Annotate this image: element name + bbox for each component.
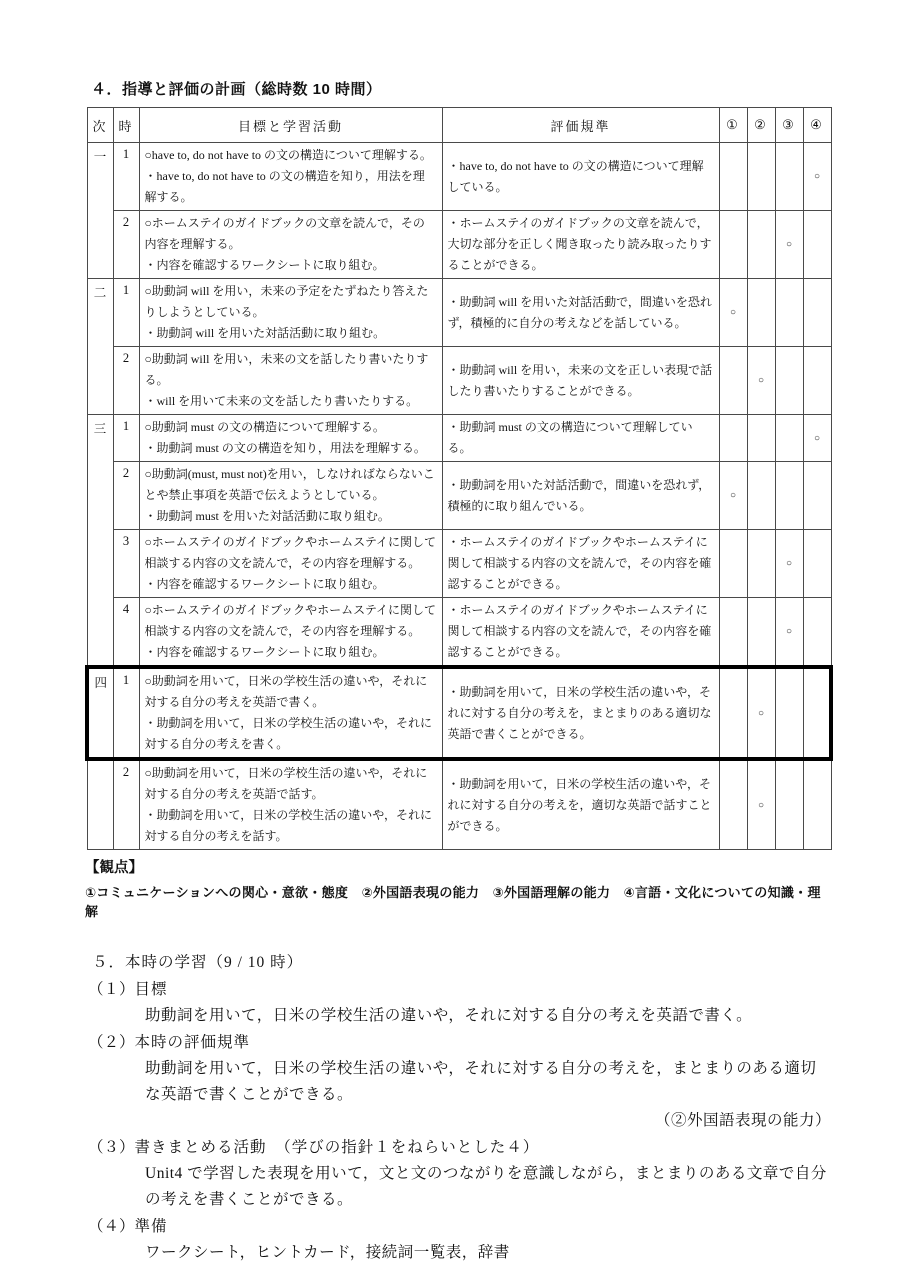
period-cell: 3 [113, 530, 139, 598]
mark-cell-3 [775, 279, 803, 347]
period-cell: 4 [113, 598, 139, 668]
mark-cell-2 [747, 415, 775, 462]
item-label: 目標 [135, 981, 168, 998]
goal-cell: ○助動詞を用いて，日米の学校生活の違いや，それに対する自分の考えを英語で話す。 … [139, 759, 442, 850]
mark-cell-1 [719, 143, 747, 211]
mark-cell-2 [747, 462, 775, 530]
eval-cell: ・助動詞を用いて，日米の学校生活の違いや，それに対する自分の考えを，適切な英語で… [442, 759, 719, 850]
mark-cell-4 [803, 211, 831, 279]
eval-cell: ・助動詞を用いた対話活動で，間違いを恐れず，積極的に取り組んでいる。 [442, 462, 719, 530]
mark-cell-2: ○ [747, 667, 775, 759]
section5-item-3: （３）書きまとめる活動 （学びの指針１をねらいとした４） Unit4 で学習した… [85, 1135, 831, 1213]
header-criterion-4: ④ [803, 108, 831, 143]
mark-cell-4: ○ [803, 415, 831, 462]
mark-cell-2 [747, 598, 775, 668]
table-row-highlighted: 四 1 ○助動詞を用いて，日米の学校生活の違いや，それに対する自分の考えを英語で… [87, 667, 831, 759]
goal-cell: ○ホームステイのガイドブックやホームステイに関して相談する内容の文を読んで，その… [139, 598, 442, 668]
unit-cell: 三 [87, 415, 113, 668]
mark-cell-2 [747, 211, 775, 279]
mark-cell-3 [775, 143, 803, 211]
item-body: 助動詞を用いて，日米の学校生活の違いや，それに対する自分の考えを英語で書く。 [145, 1003, 831, 1029]
goal-cell: ○助動詞 will を用い，未来の文を話したり書いたりする。 ・will を用い… [139, 347, 442, 415]
section5-item-2: （２）本時の評価規準 助動詞を用いて，日米の学校生活の違いや，それに対する自分の… [85, 1030, 831, 1134]
mark-cell-3 [775, 667, 803, 759]
unit-cell: 四 [87, 667, 113, 759]
eval-cell: ・助動詞を用いて，日米の学校生活の違いや，それに対する自分の考えを，まとまりのあ… [442, 667, 719, 759]
page-content: ４．指導と評価の計画（総時数 10 時間） 次 時 目標と学習活動 評価規準 ①… [85, 78, 831, 1266]
mark-cell-2 [747, 279, 775, 347]
eval-cell: ・ホームステイのガイドブックやホームステイに関して相談する内容の文を読んで，その… [442, 530, 719, 598]
period-cell: 2 [113, 211, 139, 279]
mark-cell-1: ○ [719, 279, 747, 347]
mark-cell-3: ○ [775, 530, 803, 598]
section5-title: ５．本時の学習（9 / 10 時） [92, 950, 831, 976]
mark-cell-4 [803, 598, 831, 668]
period-cell: 2 [113, 347, 139, 415]
item-label: 書きまとめる活動 （学びの指針１をねらいとした４） [135, 1139, 540, 1156]
item-note: （②外国語表現の能力） [85, 1108, 831, 1134]
mark-cell-1 [719, 598, 747, 668]
mark-cell-4 [803, 347, 831, 415]
eval-cell: ・助動詞 will を用いた対話活動で，間違いを恐れず，積極的に自分の考えなどを… [442, 279, 719, 347]
goal-cell: ○助動詞を用いて，日米の学校生活の違いや，それに対する自分の考えを英語で書く。 … [139, 667, 442, 759]
section5: ５．本時の学習（9 / 10 時） （１）目標 助動詞を用いて，日米の学校生活の… [85, 950, 831, 1266]
eval-cell: ・ホームステイのガイドブックの文章を読んで，大切な部分を正しく聞き取ったり読み取… [442, 211, 719, 279]
mark-cell-4: ○ [803, 143, 831, 211]
unit-cell: 二 [87, 279, 113, 415]
table-row: 二 1 ○助動詞 will を用い，未来の予定をたずねたり答えたりしようとしてい… [87, 279, 831, 347]
mark-cell-2 [747, 143, 775, 211]
item-body: ワークシート，ヒントカード，接続詞一覧表，辞書 [145, 1240, 831, 1266]
item-number: （２） [88, 1030, 135, 1056]
kanten-heading: 【観点】 [85, 856, 831, 877]
table-row: 4 ○ホームステイのガイドブックやホームステイに関して相談する内容の文を読んで，… [87, 598, 831, 668]
mark-cell-2 [747, 530, 775, 598]
mark-cell-1 [719, 759, 747, 850]
eval-cell: ・助動詞 will を用い，未来の文を正しい表現で話したり書いたりすることができ… [442, 347, 719, 415]
section5-item-1: （１）目標 助動詞を用いて，日米の学校生活の違いや，それに対する自分の考えを英語… [85, 977, 831, 1029]
mark-cell-1 [719, 347, 747, 415]
lesson-plan-table: 次 時 目標と学習活動 評価規準 ① ② ③ ④ 一 1 ○have to, d… [85, 107, 833, 850]
table-header-row: 次 時 目標と学習活動 評価規準 ① ② ③ ④ [87, 108, 831, 143]
item-number: （１） [88, 977, 135, 1003]
item-label: 本時の評価規準 [135, 1034, 251, 1051]
mark-cell-4 [803, 279, 831, 347]
mark-cell-2: ○ [747, 347, 775, 415]
header-criterion-1: ① [719, 108, 747, 143]
section5-item-4: （４）準備 ワークシート，ヒントカード，接続詞一覧表，辞書 [85, 1214, 831, 1266]
mark-cell-3 [775, 347, 803, 415]
header-criterion-2: ② [747, 108, 775, 143]
item-number: （４） [88, 1214, 135, 1240]
mark-cell-1 [719, 211, 747, 279]
period-cell: 1 [113, 667, 139, 759]
eval-cell: ・助動詞 must の文の構造について理解している。 [442, 415, 719, 462]
mark-cell-1 [719, 667, 747, 759]
unit-cell [87, 759, 113, 850]
table-row: 一 1 ○have to, do not have to の文の構造について理解… [87, 143, 831, 211]
item-number: （３） [88, 1135, 135, 1161]
header-eval: 評価規準 [442, 108, 719, 143]
goal-cell: ○ホームステイのガイドブックやホームステイに関して相談する内容の文を読んで，その… [139, 530, 442, 598]
period-cell: 1 [113, 143, 139, 211]
mark-cell-4 [803, 759, 831, 850]
table-row: 2 ○ホームステイのガイドブックの文章を読んで，その内容を理解する。 ・内容を確… [87, 211, 831, 279]
mark-cell-4 [803, 462, 831, 530]
period-cell: 2 [113, 759, 139, 850]
header-criterion-3: ③ [775, 108, 803, 143]
mark-cell-2: ○ [747, 759, 775, 850]
mark-cell-3 [775, 415, 803, 462]
mark-cell-3 [775, 759, 803, 850]
goal-cell: ○助動詞(must, must not)を用い，しなければならないことや禁止事項… [139, 462, 442, 530]
mark-cell-4 [803, 530, 831, 598]
period-cell: 1 [113, 415, 139, 462]
header-unit: 次 [87, 108, 113, 143]
item-body: 助動詞を用いて，日米の学校生活の違いや，それに対する自分の考えを，まとまりのある… [145, 1056, 831, 1108]
section4-title: ４．指導と評価の計画（総時数 10 時間） [91, 78, 831, 99]
goal-cell: ○have to, do not have to の文の構造について理解する。 … [139, 143, 442, 211]
period-cell: 2 [113, 462, 139, 530]
mark-cell-4 [803, 667, 831, 759]
eval-cell: ・have to, do not have to の文の構造について理解している… [442, 143, 719, 211]
unit-cell: 一 [87, 143, 113, 279]
item-label: 準備 [135, 1218, 168, 1235]
mark-cell-3: ○ [775, 598, 803, 668]
mark-cell-1 [719, 530, 747, 598]
table-row: 3 ○ホームステイのガイドブックやホームステイに関して相談する内容の文を読んで，… [87, 530, 831, 598]
period-cell: 1 [113, 279, 139, 347]
mark-cell-3: ○ [775, 211, 803, 279]
goal-cell: ○ホームステイのガイドブックの文章を読んで，その内容を理解する。 ・内容を確認す… [139, 211, 442, 279]
header-goal: 目標と学習活動 [139, 108, 442, 143]
eval-cell: ・ホームステイのガイドブックやホームステイに関して相談する内容の文を読んで，その… [442, 598, 719, 668]
goal-cell: ○助動詞 will を用い，未来の予定をたずねたり答えたりしようとしている。 ・… [139, 279, 442, 347]
table-row: 2 ○助動詞を用いて，日米の学校生活の違いや，それに対する自分の考えを英語で話す… [87, 759, 831, 850]
table-row: 三 1 ○助動詞 must の文の構造について理解する。 ・助動詞 must の… [87, 415, 831, 462]
mark-cell-1 [719, 415, 747, 462]
item-body: Unit4 で学習した表現を用いて，文と文のつながりを意識しながら，まとまりのあ… [145, 1161, 831, 1213]
header-period: 時 [113, 108, 139, 143]
mark-cell-1: ○ [719, 462, 747, 530]
kanten-legend: ①コミュニケーションへの関心・意欲・態度 ②外国語表現の能力 ③外国語理解の能力… [85, 882, 831, 920]
mark-cell-3 [775, 462, 803, 530]
table-row: 2 ○助動詞(must, must not)を用い，しなければならないことや禁止… [87, 462, 831, 530]
table-row: 2 ○助動詞 will を用い，未来の文を話したり書いたりする。 ・will を… [87, 347, 831, 415]
goal-cell: ○助動詞 must の文の構造について理解する。 ・助動詞 must の文の構造… [139, 415, 442, 462]
